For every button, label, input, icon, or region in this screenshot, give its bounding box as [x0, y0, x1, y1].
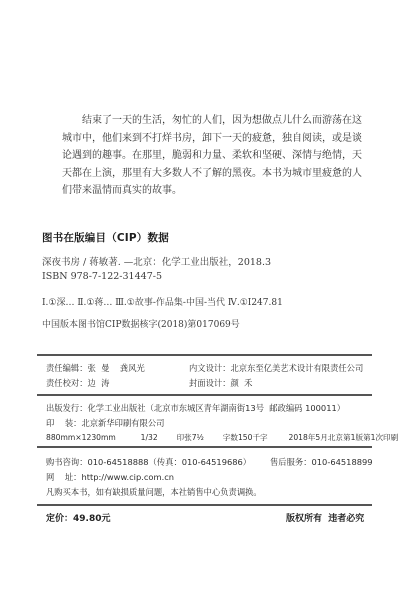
- blurb-line: 天都在上演，那里有大多数人不了解的黑夜。本书为城市里疲惫的人: [62, 165, 364, 183]
- divider: [37, 354, 372, 356]
- format-word-count: 字数150千字: [223, 433, 268, 442]
- proofreader-value: 边 涛: [88, 378, 110, 388]
- blurb-line: 结束了一天的生活，匆忙的人们，因为想做点儿什么而游荡在这: [62, 112, 364, 130]
- proofreader-label: 责任校对：: [46, 378, 88, 388]
- editor-row: 责任编辑：张 曼 龚风光: [46, 362, 145, 374]
- printer-value: 北京新华印刷有限公司: [81, 418, 164, 428]
- interior-design-label: 内文设计：: [189, 363, 231, 373]
- after-sales-value: 010-64518899: [312, 457, 373, 467]
- printer-row: 印 装：北京新华印刷有限公司: [46, 417, 164, 429]
- website-link[interactable]: http://www.cip.com.cn: [81, 472, 174, 482]
- cip-heading: 图书在版编目（CIP）数据: [42, 230, 169, 245]
- publisher-row: 出版发行：化学工业出版社（北京市东城区青年湖南街13号 邮政编码 100011）: [46, 402, 345, 414]
- interior-design-row: 内文设计：北京东至亿美艺术设计有限责任公司: [189, 362, 363, 374]
- format-sheets: 印张7½: [177, 433, 204, 442]
- purchase-label: 购书咨询：: [46, 457, 88, 467]
- price-label: 定价：49.80元: [46, 511, 110, 524]
- editor-label: 责任编辑：: [46, 363, 88, 373]
- publisher-label: 出版发行：: [46, 403, 88, 413]
- after-sales-label: 售后服务：: [270, 457, 312, 467]
- copyright-notice: 版权所有 违者必究: [286, 511, 364, 524]
- blurb-line: 城市中，他们来到不打烊书房，卸下一天的疲惫，独自阅读，或是谈: [62, 130, 364, 148]
- divider: [37, 504, 372, 506]
- editor-value: 张 曼 龚风光: [88, 363, 145, 373]
- cip-number: 中国版本图书馆CIP数据核字(2018)第017069号: [42, 317, 240, 330]
- return-notice: 凡购买本书，如有缺损质量问题，本社销售中心负责调换。: [46, 486, 262, 498]
- interior-design-value: 北京东至亿美艺术设计有限责任公司: [231, 363, 364, 373]
- format-row: 880mm×1230mm 1/32 印张7½ 字数150千字 2018年5月北京…: [46, 432, 398, 443]
- blurb-line: 论遇到的趣事。在那里，脆弱和力量、柔软和坚硬、深情与绝情，天: [62, 147, 364, 165]
- cip-classification: Ⅰ.①深… Ⅱ.①蒋… Ⅲ.①故事-作品集-中国-当代 Ⅳ.①I247.81: [42, 295, 283, 308]
- blurb-line: 们带来温情而真实的故事。: [62, 182, 364, 200]
- format-size: 880mm×1230mm: [46, 433, 116, 442]
- format-edition: 2018年5月北京第1版第1次印刷: [288, 433, 398, 442]
- purchase-value: 010-64518888（传真：010-64519686）: [88, 457, 252, 467]
- website-label: 网 址：: [46, 472, 81, 482]
- format-fold: 1/32: [141, 433, 158, 442]
- cover-design-value: 颜 禾: [231, 378, 253, 388]
- cover-design-row: 封面设计：颜 禾: [189, 377, 252, 389]
- divider: [37, 446, 372, 448]
- book-blurb: 结束了一天的生活，匆忙的人们，因为想做点儿什么而游荡在这 城市中，他们来到不打烊…: [62, 112, 364, 200]
- after-sales-row: 售后服务：010-64518899: [270, 456, 373, 468]
- cip-isbn: ISBN 978-7-122-31447-5: [42, 271, 162, 282]
- purchase-row: 购书咨询：010-64518888（传真：010-64519686）: [46, 456, 251, 468]
- proofreader-row: 责任校对：边 涛: [46, 377, 109, 389]
- cover-design-label: 封面设计：: [189, 378, 231, 388]
- divider: [37, 394, 372, 396]
- printer-label: 印 装：: [46, 418, 81, 428]
- cip-title-line: 深夜书房 / 蒋敏著. —北京：化学工业出版社，2018.3: [42, 254, 271, 268]
- website-row: 网 址：http://www.cip.com.cn: [46, 471, 174, 483]
- publisher-value: 化学工业出版社（北京市东城区青年湖南街13号 邮政编码 100011）: [88, 403, 346, 413]
